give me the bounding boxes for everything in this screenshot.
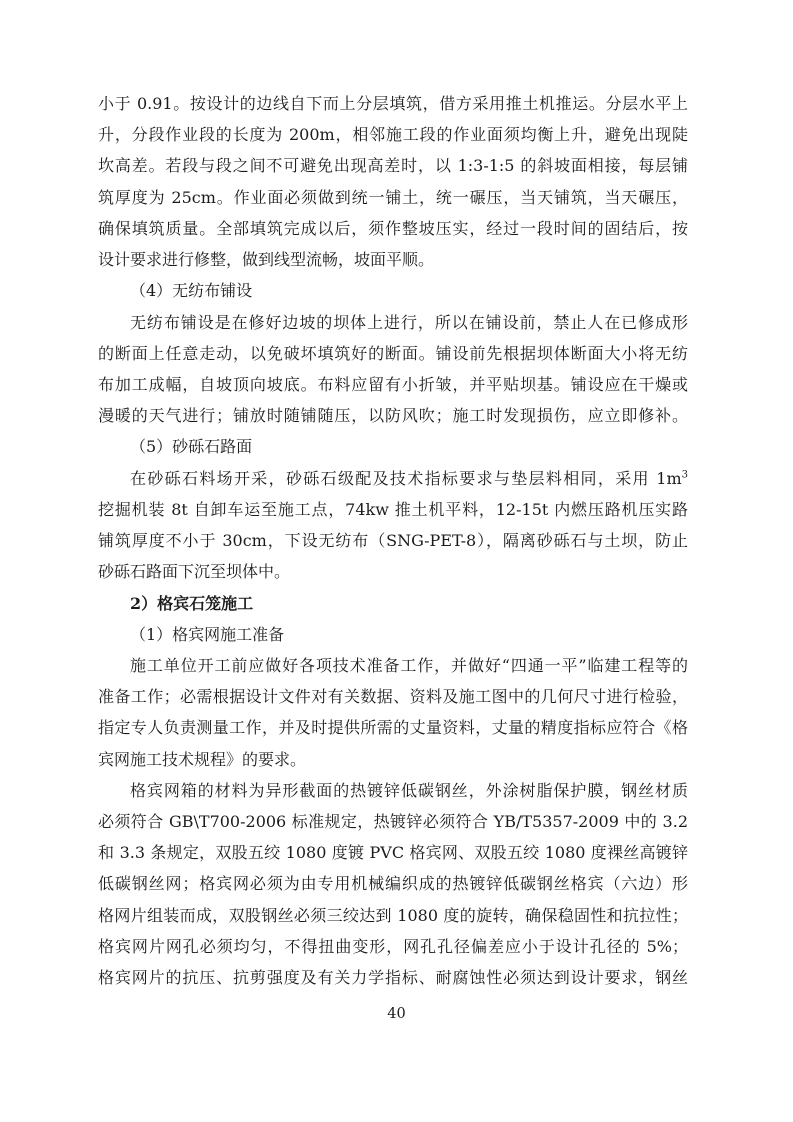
text-line: 挖掘机装 8t 自卸车运至施工点，74kw 推土机平料，12-15t 内燃压路机… [98, 494, 688, 525]
text-line: 低碳钢丝网；格宾网必须为由专用机械编织成的热镀锌低碳钢丝格宾（六边）形 [98, 868, 688, 899]
text-line: （4）无纺布铺设 [98, 275, 688, 306]
text-line: 必须符合 GB\T700-2006 标准规定，热镀锌必须符合 YB/T5357-… [98, 806, 688, 837]
text-line: 无纺布铺设是在修好边坡的坝体上进行，所以在铺设前，禁止人在已修成形 [98, 307, 688, 338]
text-line: 施工单位开工前应做好各项技术准备工作，并做好“四通一平”临建工程等的 [98, 650, 688, 681]
section-heading: 2）格宾石笼施工 [98, 588, 688, 619]
text-line: 布加工成幅，自坡顶向坡底。布料应留有小折皱，并平贴坝基。铺设应在干燥或 [98, 369, 688, 400]
document-body: 小于 0.91。按设计的边线自下而上分层填筑，借方采用推土机推运。分层水平上升，… [98, 88, 688, 993]
text-line: （1）格宾网施工准备 [98, 619, 688, 650]
text-line: 格宾网片的抗压、抗剪强度及有关力学指标、耐腐蚀性必须达到设计要求，钢丝 [98, 962, 688, 993]
text-line: 坎高差。若段与段之间不可避免出现高差时，以 1:3-1:5 的斜坡面相接，每层铺 [98, 150, 688, 181]
text-line: 格宾网片网孔必须均匀，不得扭曲变形，网孔孔径偏差应小于设计孔径的 5%； [98, 931, 688, 962]
text-line: 铺筑厚度不小于 30cm，下设无纺布（SNG-PET-8），隔离砂砾石与土坝，防… [98, 525, 688, 556]
text-line: 准备工作；必需根据设计文件对有关数据、资料及施工图中的几何尺寸进行检验， [98, 681, 688, 712]
text-line: 格网片组装而成，双股钢丝必须三绞达到 1080 度的旋转，确保稳固性和抗拉性； [98, 900, 688, 931]
document-page: 小于 0.91。按设计的边线自下而上分层填筑，借方采用推土机推运。分层水平上升，… [0, 0, 793, 1122]
text-line: 格宾网箱的材料为异形截面的热镀锌低碳钢丝，外涂树脂保护膜，钢丝材质 [98, 775, 688, 806]
text-line: 设计要求进行修整，做到线型流畅，坡面平顺。 [98, 244, 688, 275]
text-line: 小于 0.91。按设计的边线自下而上分层填筑，借方采用推土机推运。分层水平上 [98, 88, 688, 119]
text-line: 在砂砾石料场开采，砂砾石级配及技术指标要求与垫层料相同，采用 1m3 [98, 463, 688, 494]
text-line: 宾网施工技术规程》的要求。 [98, 744, 688, 775]
text-line: 的断面上任意走动，以免破坏填筑好的断面。铺设前先根据坝体断面大小将无纺 [98, 338, 688, 369]
text-line: 和 3.3 条规定，双股五绞 1080 度镀 PVC 格宾网、双股五绞 1080… [98, 837, 688, 868]
text-line: 确保填筑质量。全部填筑完成以后，须作整坡压实，经过一段时间的固结后，按 [98, 213, 688, 244]
text-line: 筑厚度为 25cm。作业面必须做到统一铺土，统一碾压，当天铺筑，当天碾压， [98, 182, 688, 213]
text-line: 砂砾石路面下沉至坝体中。 [98, 556, 688, 587]
text-line: （5）砂砾石路面 [98, 431, 688, 462]
text-line: 升，分段作业段的长度为 200m，相邻施工段的作业面须均衡上升，避免出现陡 [98, 119, 688, 150]
superscript: 3 [682, 469, 688, 480]
page-number: 40 [0, 1003, 793, 1025]
text-line: 漫暖的天气进行；铺放时随铺随压，以防风吹；施工时发现损伤，应立即修补。 [98, 400, 688, 431]
text-line: 指定专人负责测量工作，并及时提供所需的丈量资料，丈量的精度指标应符合《格 [98, 712, 688, 743]
